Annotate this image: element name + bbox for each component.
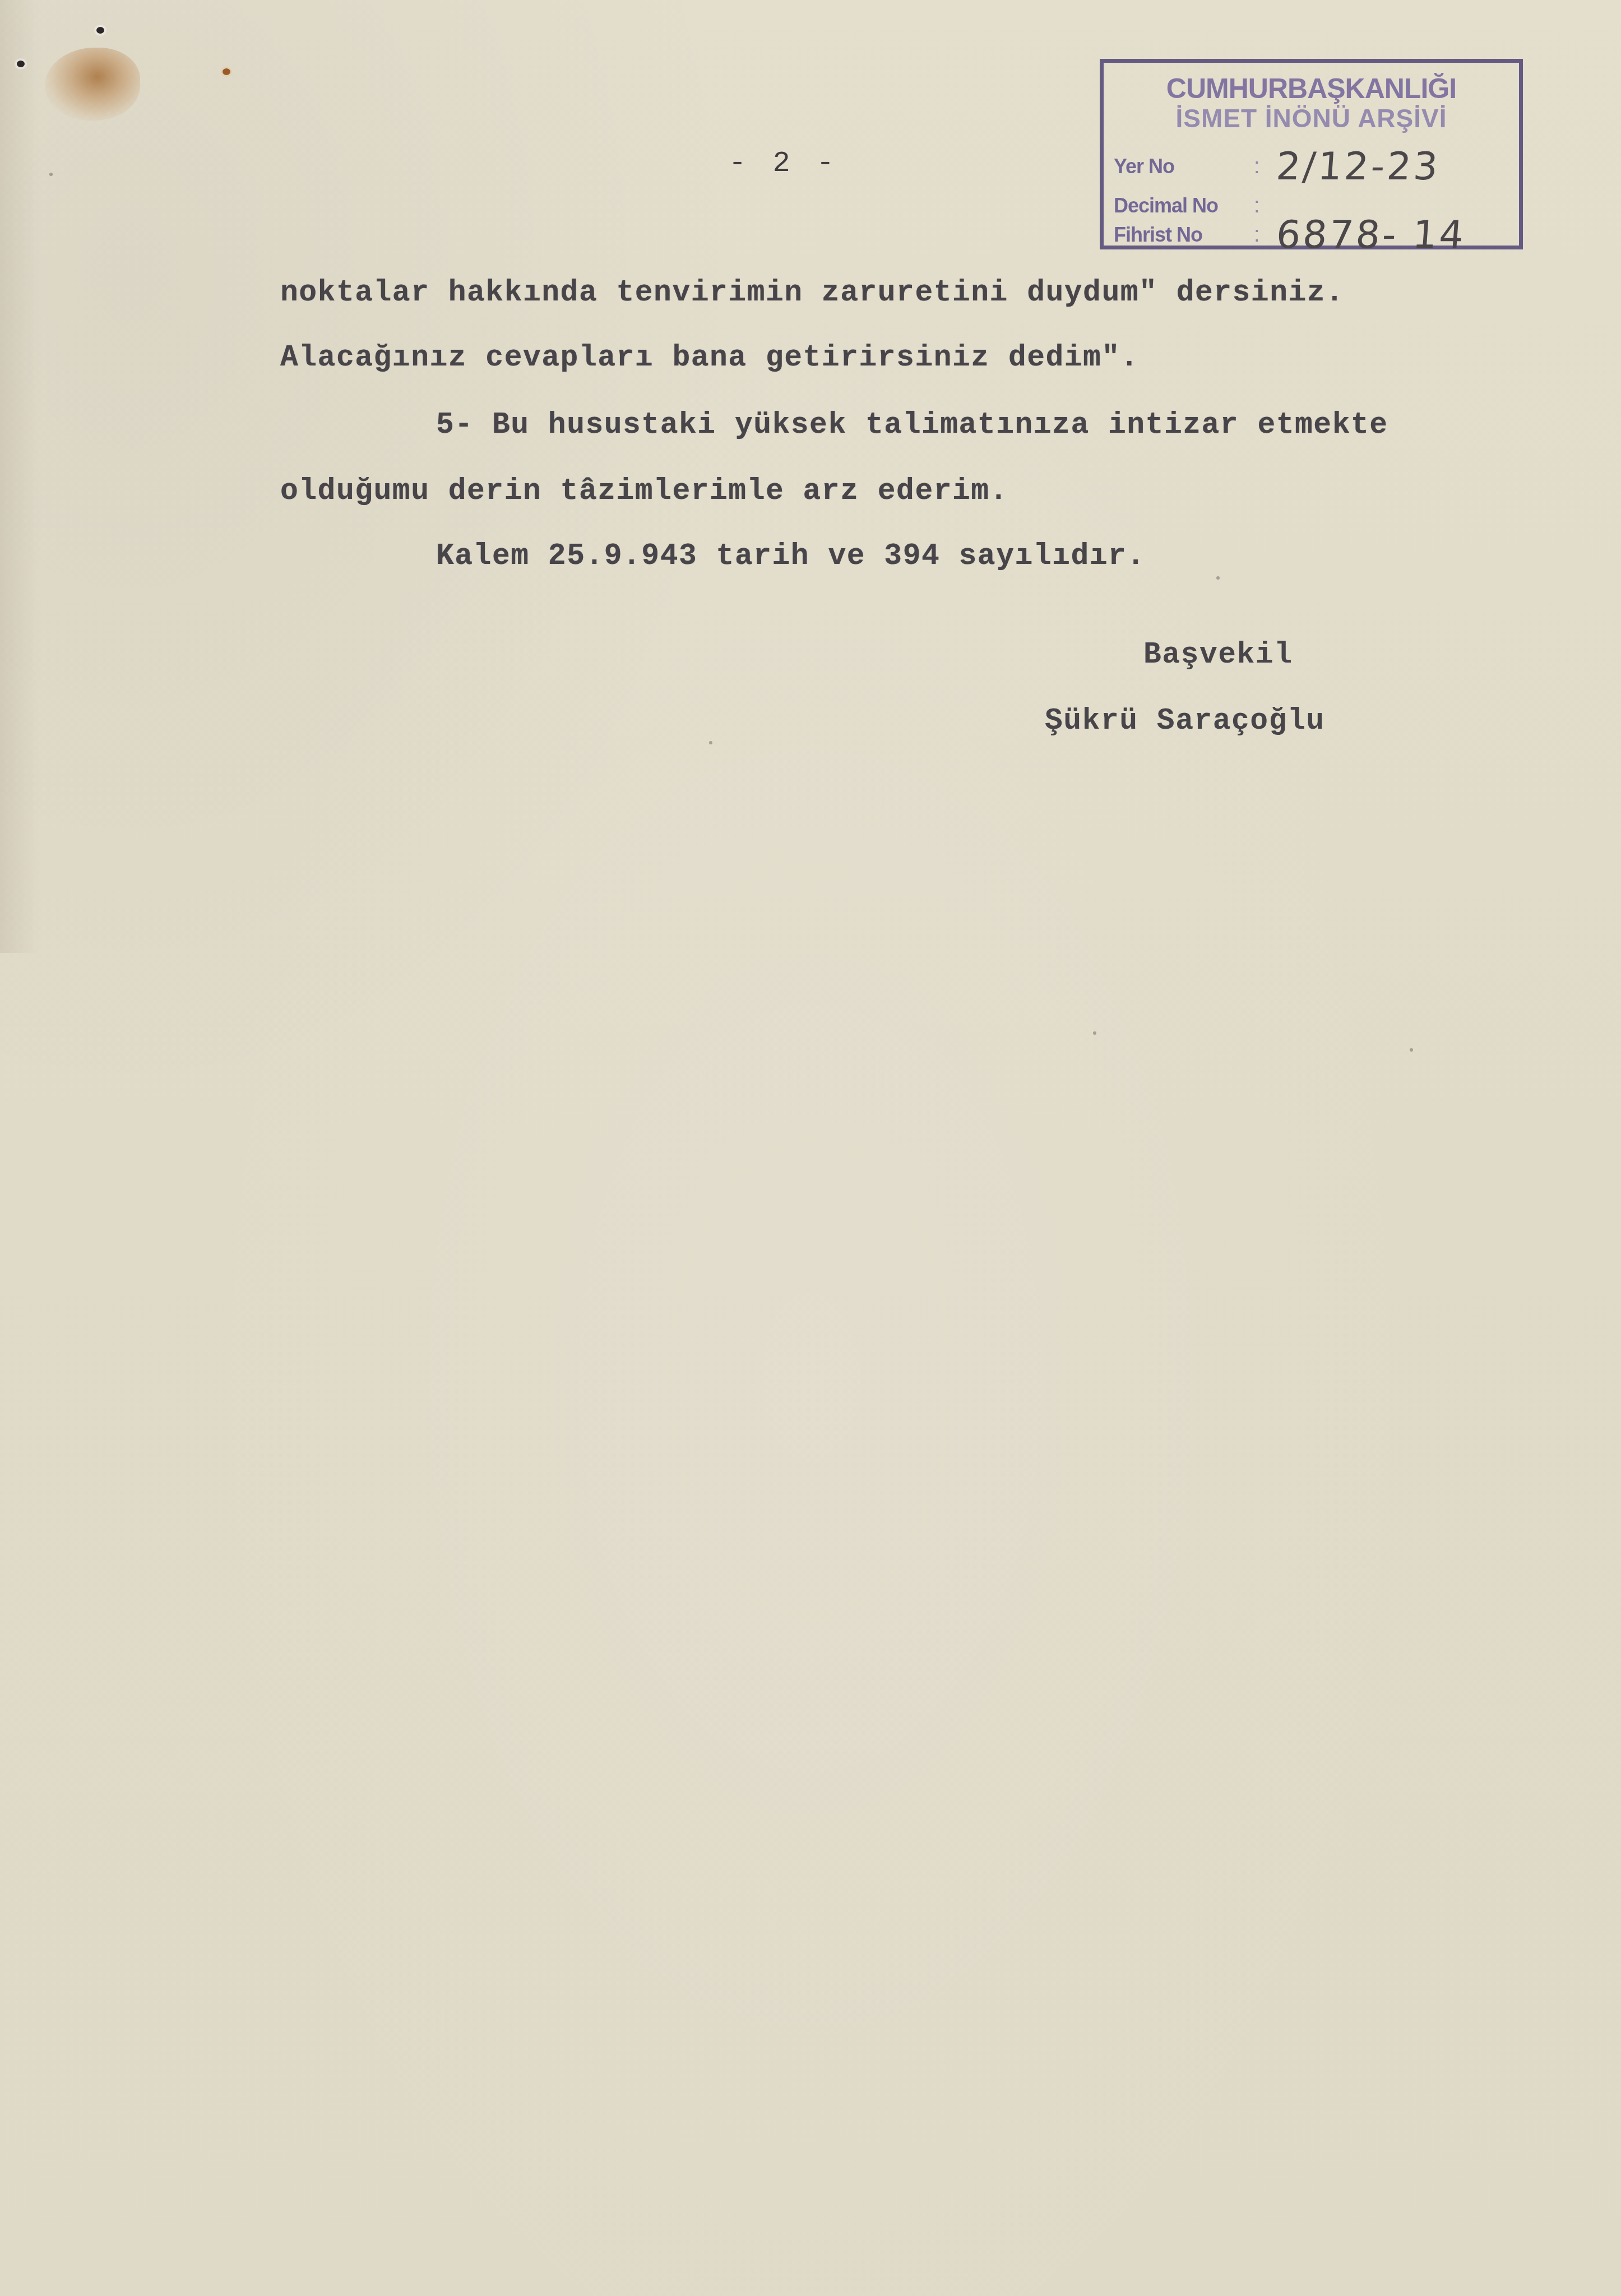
stamp-title: CUMHURBAŞKANLIĞI <box>1104 74 1519 103</box>
stamp-label: Decimal No <box>1114 194 1254 217</box>
body-line: Alacağınız cevapları bana getirirsiniz d… <box>280 341 1139 374</box>
document-page: CUMHURBAŞKANLIĞI İSMET İNÖNÜ ARŞİVİ Yer … <box>0 0 1621 2296</box>
paper-speck <box>49 173 53 176</box>
page-number: - 2 - <box>729 147 839 180</box>
stamp-colon: : <box>1254 223 1276 247</box>
stamp-row-fihrist-no: Fihrist No : 6878- 14 <box>1114 215 1517 254</box>
stamp-label: Fihrist No <box>1114 223 1254 247</box>
body-line: 5- Bu husustaki yüksek talimatınıza inti… <box>436 408 1388 442</box>
paper-speck <box>1410 1048 1413 1052</box>
paper-speck <box>1216 576 1220 580</box>
paper-speck <box>1093 1031 1096 1035</box>
page-fold-shadow <box>0 0 39 953</box>
stamp-subtitle: İSMET İNÖNÜ ARŞİVİ <box>1104 104 1519 132</box>
body-line: olduğumu derin tâzimlerimle arz ederim. <box>280 474 1008 508</box>
body-line: Kalem 25.9.943 tarih ve 394 sayılıdır. <box>436 539 1146 573</box>
signature-title: Başvekil <box>1143 638 1293 672</box>
paper-speck <box>709 741 712 744</box>
stamp-colon: : <box>1254 155 1276 179</box>
body-line: noktalar hakkında tenvirimin zaruretini … <box>280 276 1344 309</box>
punch-hole <box>17 61 25 67</box>
rust-stain <box>45 48 140 121</box>
stamp-value-handwritten: 2/12-23 <box>1275 145 1441 189</box>
staple-mark <box>223 68 230 75</box>
stamp-value-handwritten: 6878- 14 <box>1275 213 1467 257</box>
stamp-colon: : <box>1254 194 1276 218</box>
stamp-row-yer-no: Yer No : 2/12-23 <box>1114 147 1517 186</box>
punch-hole <box>96 27 104 34</box>
stamp-label: Yer No <box>1114 155 1254 178</box>
signature-name: Şükrü Saraçoğlu <box>1045 704 1325 738</box>
archive-stamp: CUMHURBAŞKANLIĞI İSMET İNÖNÜ ARŞİVİ Yer … <box>1100 59 1523 249</box>
